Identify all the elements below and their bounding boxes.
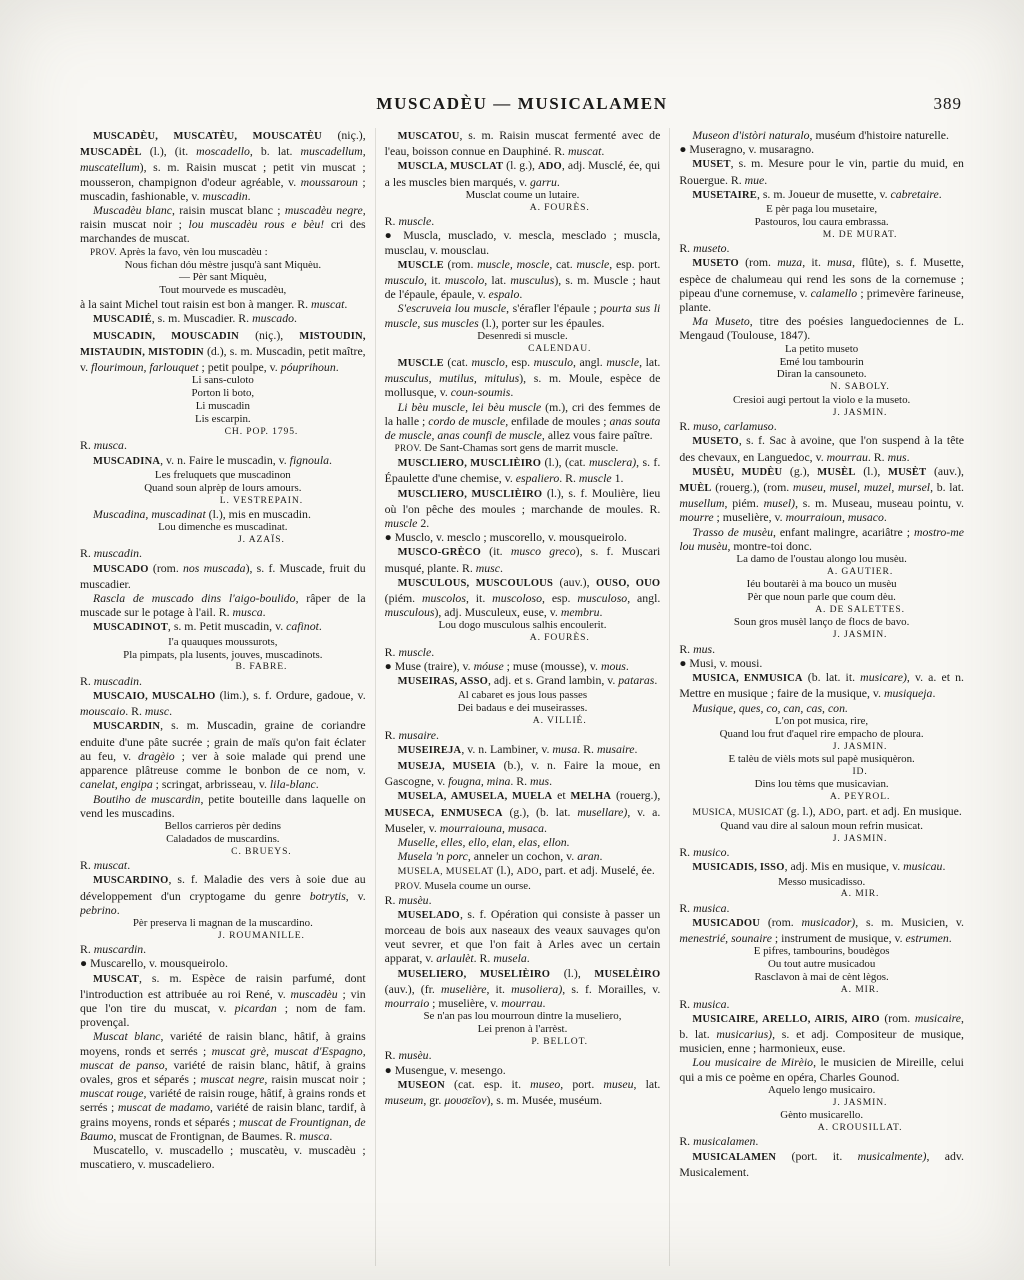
reference-line: R. muscadin. [80, 546, 366, 560]
verse-line: Ou tout autre musicadou [679, 958, 964, 971]
dictionary-entry: MUSCLE (rom. muscle, moscle, cat. muscle… [385, 257, 661, 302]
dictionary-entry: MUSCLIERO, MUSCLIÈIRO (l.), (cat. muscle… [385, 455, 661, 485]
reference-line: R. mus. [679, 642, 964, 656]
dictionary-entry: MUSELA, MUSELAT (l.), ADO, part. et adj.… [385, 863, 661, 879]
dictionary-entry: MUSICA, MUSICAT (g. l.), ADO, part. et a… [679, 804, 964, 820]
author-attribution: B. FABRE. [80, 661, 366, 673]
reference-line: R. muscle. [385, 645, 661, 659]
dictionary-entry: MUSCARDINO, s. f. Maladie des vers à soi… [80, 872, 366, 917]
author-attribution: J. JASMIN. [679, 1097, 964, 1109]
reference-line: R. musica. [679, 901, 964, 915]
reference-line: ● Muscarello, v. mousqueirolo. [80, 956, 366, 970]
author-attribution: J. ROUMANILLE. [80, 930, 366, 942]
dictionary-entry: MUSELADO, s. f. Opération qui consiste à… [385, 907, 661, 966]
column-1: MUSCADÈU, MUSCATÈU, MOUSCATÈU (niç.), MU… [80, 128, 375, 1266]
author-attribution: CALENDAU. [385, 343, 661, 355]
dictionary-entry: MUSCLA, MUSCLAT (l. g.), ADO, adj. Muscl… [385, 158, 661, 188]
verse-line: Caladados de muscardins. [80, 833, 366, 846]
verse-line: Pla pimpats, pla lusents, jouves, muscad… [80, 649, 366, 662]
author-attribution: J. JASMIN. [679, 407, 964, 419]
dictionary-entry: MUSICADIS, ISSO, adj. Mis en musique, v.… [679, 859, 964, 875]
verse-line: Desenredi si muscle. [385, 330, 661, 343]
verse-line: E pèr paga lou musetaire, [679, 203, 964, 216]
author-attribution: J. JASMIN. [679, 833, 964, 845]
dictionary-entry: MUSCADIÉ, s. m. Muscadier. R. muscado. [80, 311, 366, 327]
verse-line: Lis escarpin. [80, 413, 366, 426]
dictionary-entry: MUSICA, ENMUSICA (b. lat. it. musicare),… [679, 670, 964, 700]
dictionary-entry: MUSCADINA, v. n. Faire le muscadin, v. f… [80, 453, 366, 469]
dictionary-entry: S'escruveia lou muscle, s'érafler l'épau… [385, 301, 661, 329]
verse-line: — Pèr sant Miquèu, [80, 271, 366, 284]
verse-line: Cresioi augi pertout la violo e la muset… [679, 394, 964, 407]
author-attribution: N. SABOLY. [679, 381, 964, 393]
verse-line: Musclat coume un lutaire. [385, 189, 661, 202]
reference-line: R. muscadin. [80, 674, 366, 688]
verse-line: La petito museto [679, 343, 964, 356]
verse-line: Porton li boto, [80, 387, 366, 400]
proverb-line: PROV. Musela coume un ourse. [395, 880, 661, 893]
verse-line: Lou dogo musculous salhis encoulerit. [385, 619, 661, 632]
dictionary-entry: MUSELA, AMUSELA, MUELA et MELHA (rouerg.… [385, 788, 661, 835]
author-attribution: C. BRUEYS. [80, 846, 366, 858]
dictionary-entry: MUSICALAMEN (port. it. musicalmente), ad… [679, 1149, 964, 1179]
verse-line: Dins lou tèms que musicavian. [679, 778, 964, 791]
author-attribution: P. BELLOT. [385, 1036, 661, 1048]
verse-line: Rasclavon à mai de cènt lègos. [679, 971, 964, 984]
author-attribution: A. VILLIÉ. [385, 715, 661, 727]
dictionary-entry: MUSCAT, s. m. Espèce de raisin parfumé, … [80, 971, 366, 1030]
author-attribution: A. MIR. [679, 984, 964, 996]
verse-line: Pèr preserva li magnan de la muscardino. [80, 917, 366, 930]
dictionary-entry: MUSELIERO, MUSELIÈIRO (l.), MUSELÈIRO (a… [385, 966, 661, 1011]
dictionary-entry: MUSCADO (rom. nos muscada), s. f. Muscad… [80, 561, 366, 591]
proverb-line: PROV. De Sant-Chamas sort gens de marrit… [395, 442, 661, 455]
dictionary-entry: MUSCLE (cat. musclo, esp. musculo, angl.… [385, 355, 661, 400]
dictionary-entry: MUSET, s. m. Mesure pour le vin, partie … [679, 156, 964, 186]
reference-line: R. musèu. [385, 893, 661, 907]
dictionary-entry: MUSETO, s. f. Sac à avoine, que l'on sus… [679, 433, 964, 463]
reference-line: R. muso, carlamuso. [679, 419, 964, 433]
reference-line: R. muscle. [385, 214, 661, 228]
dictionary-entry: MUSICADOU (rom. musicador), s. m. Musici… [679, 915, 964, 945]
dictionary-entry: Lou musicaire de Mirèio, le musicien de … [679, 1055, 964, 1083]
page-number: 389 [934, 94, 963, 114]
verse-line: Lei prenon à l'arrèst. [385, 1023, 661, 1036]
dictionary-entry: Li bèu muscle, lei bèu muscle (m.), cri … [385, 400, 661, 443]
author-attribution: A. FOURÈS. [385, 632, 661, 644]
dictionary-entry: MUSCAIO, MUSCALHO (lim.), s. f. Ordure, … [80, 688, 366, 718]
verse-line: Li sans-culoto [80, 374, 366, 387]
dictionary-entry: Musique, ques, co, can, cas, con. [679, 701, 964, 715]
dictionary-entry: MUSCARDIN, s. m. Muscadin, graine de cor… [80, 718, 366, 791]
verse-line: Iéu boutarèi à ma bouco un musèu [679, 578, 964, 591]
dictionary-entry: MUSCADÈU, MUSCATÈU, MOUSCATÈU (niç.), MU… [80, 128, 366, 203]
column-2: MUSCATOU, s. m. Raisin muscat fermenté a… [375, 128, 670, 1266]
reference-line: R. musèu. [385, 1048, 661, 1062]
dictionary-entry: MUSÈU, MUDÈU (g.), MUSÈL (l.), MUSÈT (au… [679, 464, 964, 525]
verse-line: E pifres, tambourins, boudègos [679, 945, 964, 958]
verse-line: Tout mourvede es muscadèu, [80, 284, 366, 297]
dictionary-entry: Ma Museto, titre des poésies languedocie… [679, 314, 964, 342]
dictionary-entry: MUSCULOUS, MUSCOULOUS (auv.), OUSO, OUO … [385, 575, 661, 620]
verse-line: Bellos carrieros pèr dedins [80, 820, 366, 833]
reference-line: R. musca. [80, 438, 366, 452]
reference-line: ● Musi, v. mousi. [679, 656, 964, 670]
dictionary-entry: MUSCATOU, s. m. Raisin muscat fermenté a… [385, 128, 661, 158]
author-attribution: A. FOURÈS. [385, 202, 661, 214]
verse-line: Messo musicadisso. [679, 876, 964, 889]
author-attribution: J. JASMIN. [679, 629, 964, 641]
verse-line: Quand lou frut d'aquel rire empacho de p… [679, 728, 964, 741]
dictionary-entry: Muscat blanc, variété de raisin blanc, h… [80, 1029, 366, 1143]
dictionary-entry: Rascla de muscado dins l'aigo-boulido, r… [80, 591, 366, 619]
author-attribution: A. CROUSILLAT. [679, 1122, 964, 1134]
page-header: MUSCADÈU — MUSICALAMEN 389 [80, 94, 964, 120]
author-attribution: J. AZAÏS. [80, 534, 366, 546]
reference-line: R. museto. [679, 241, 964, 255]
dictionary-entry: MUSEJA, MUSEIA (b.), v. n. Faire la moue… [385, 758, 661, 788]
verse-line: Aquelo lengo musicairo. [679, 1084, 964, 1097]
verse-line: Emé lou tambourin [679, 356, 964, 369]
reference-line: R. musaire. [385, 728, 661, 742]
verse-line: Diran la cansouneto. [679, 368, 964, 381]
verse-line: Pèr que noun parle que coum dèu. [679, 591, 964, 604]
verse-line: Se n'an pas lou mourroun dintre la musel… [385, 1010, 661, 1023]
dictionary-entry: MUSCADINOT, s. m. Petit muscadin, v. caf… [80, 619, 366, 635]
reference-line: ● Musclo, v. mesclo ; muscorello, v. mou… [385, 530, 661, 544]
dictionary-entry: MUSICAIRE, ARELLO, AIRIS, AIRO (rom. mus… [679, 1011, 964, 1056]
verse-line: Gènto musicarello. [679, 1109, 964, 1122]
verse-line: Al cabaret es jous lous passes [385, 689, 661, 702]
verse-line: Nous fichan dóu mèstre jusqu'à sant Miqu… [80, 259, 366, 272]
verse-line: I'a quauques moussurots, [80, 636, 366, 649]
dictionary-entry: MUSETAIRE, s. m. Joueur de musette, v. c… [679, 187, 964, 203]
author-attribution: J. JASMIN. [679, 741, 964, 753]
author-attribution: A. MIR. [679, 888, 964, 900]
author-attribution: ID. [679, 766, 964, 778]
verse-line: Quand soun alprèp de lours amours. [80, 482, 366, 495]
dictionary-entry: Muselle, elles, ello, elan, elas, ellon. [385, 835, 661, 849]
dictionary-entry: MUSCADIN, MOUSCADIN (niç.), MISTOUDIN, M… [80, 328, 366, 375]
running-head-title: MUSCADÈU — MUSICALAMEN [80, 94, 964, 114]
author-attribution: CH. POP. 1795. [80, 426, 366, 438]
dictionary-entry: Museon d'istòri naturalo, muséum d'histo… [679, 128, 964, 142]
verse-line: Li muscadin [80, 400, 366, 413]
author-attribution: A. GAUTIER. [679, 566, 964, 578]
dictionary-entry: MUSEON (cat. esp. it. museo, port. museu… [385, 1077, 661, 1107]
reference-line: R. muscat. [80, 858, 366, 872]
verse-line: Pastouros, lou caura embrassa. [679, 216, 964, 229]
reference-line: R. musicalamen. [679, 1134, 964, 1148]
reference-line: ● Muscla, musclado, v. mescla, mesclado … [385, 228, 661, 256]
dictionary-entry: MUSCO-GRÈCO (it. musco greco), s. f. Mus… [385, 544, 661, 574]
dictionary-entry: MUSCLIERO, MUSCLIÈIRO (l.), s. f. Mouliè… [385, 486, 661, 531]
reference-line: R. muscardin. [80, 942, 366, 956]
author-attribution: A. DE SALETTES. [679, 604, 964, 616]
verse-line: E talèu de vièls mots sul papè musiquèro… [679, 753, 964, 766]
verse-line: Lou dimenche es muscadinat. [80, 521, 366, 534]
dictionary-entry: Boutiho de muscardin, petite bouteille d… [80, 792, 366, 820]
column-3: Museon d'istòri naturalo, muséum d'histo… [669, 128, 964, 1266]
verse-line: Les freluquets que muscadinon [80, 469, 366, 482]
verse-line: Dei badaus e dei museirasses. [385, 702, 661, 715]
reference-line: ● Muse (traire), v. móuse ; muse (mousse… [385, 659, 661, 673]
author-attribution: L. VESTREPAIN. [80, 495, 366, 507]
dictionary-entry: Muscadina, muscadinat (l.), mis en musca… [80, 507, 366, 521]
author-attribution: M. DE MURAT. [679, 229, 964, 241]
dictionary-entry: Muscatello, v. muscadello ; muscatèu, v.… [80, 1143, 366, 1171]
reference-line: R. musico. [679, 845, 964, 859]
verse-line: Quand vau dire al saloun moun refrin mus… [679, 820, 964, 833]
dictionary-entry: MUSETO (rom. muza, it. musa, flûte), s. … [679, 255, 964, 314]
dictionary-entry: Trasso de musèu, enfant malingre, acariâ… [679, 525, 964, 553]
dictionary-entry: Musela 'n porc, anneler un cochon, v. ar… [385, 849, 661, 863]
text-columns: MUSCADÈU, MUSCATÈU, MOUSCATÈU (niç.), MU… [80, 128, 964, 1266]
verse-line: La damo de l'oustau alongo lou musèu. [679, 553, 964, 566]
verse-line: L'on pot musica, rire, [679, 715, 964, 728]
dictionary-entry: MUSEIREJA, v. n. Lambiner, v. musa. R. m… [385, 742, 661, 758]
proverb-line: PROV. Après la favo, vèn lou muscadèu : [90, 246, 366, 259]
reference-line: ● Musengue, v. mesengo. [385, 1063, 661, 1077]
dictionary-entry: Muscadèu blanc, raisin muscat blanc ; mu… [80, 203, 366, 246]
reference-line: ● Museragno, v. musaragno. [679, 142, 964, 156]
reference-line: à la saint Michel tout raisin est bon à … [80, 297, 366, 311]
verse-line: Soun gros musèl lanço de flocs de bavo. [679, 616, 964, 629]
dictionary-page: MUSCADÈU — MUSICALAMEN 389 MUSCADÈU, MUS… [0, 0, 1024, 1280]
reference-line: R. musica. [679, 997, 964, 1011]
dictionary-entry: MUSEIRAS, ASSO, adj. et s. Grand lambin,… [385, 673, 661, 689]
author-attribution: A. PEYROL. [679, 791, 964, 803]
